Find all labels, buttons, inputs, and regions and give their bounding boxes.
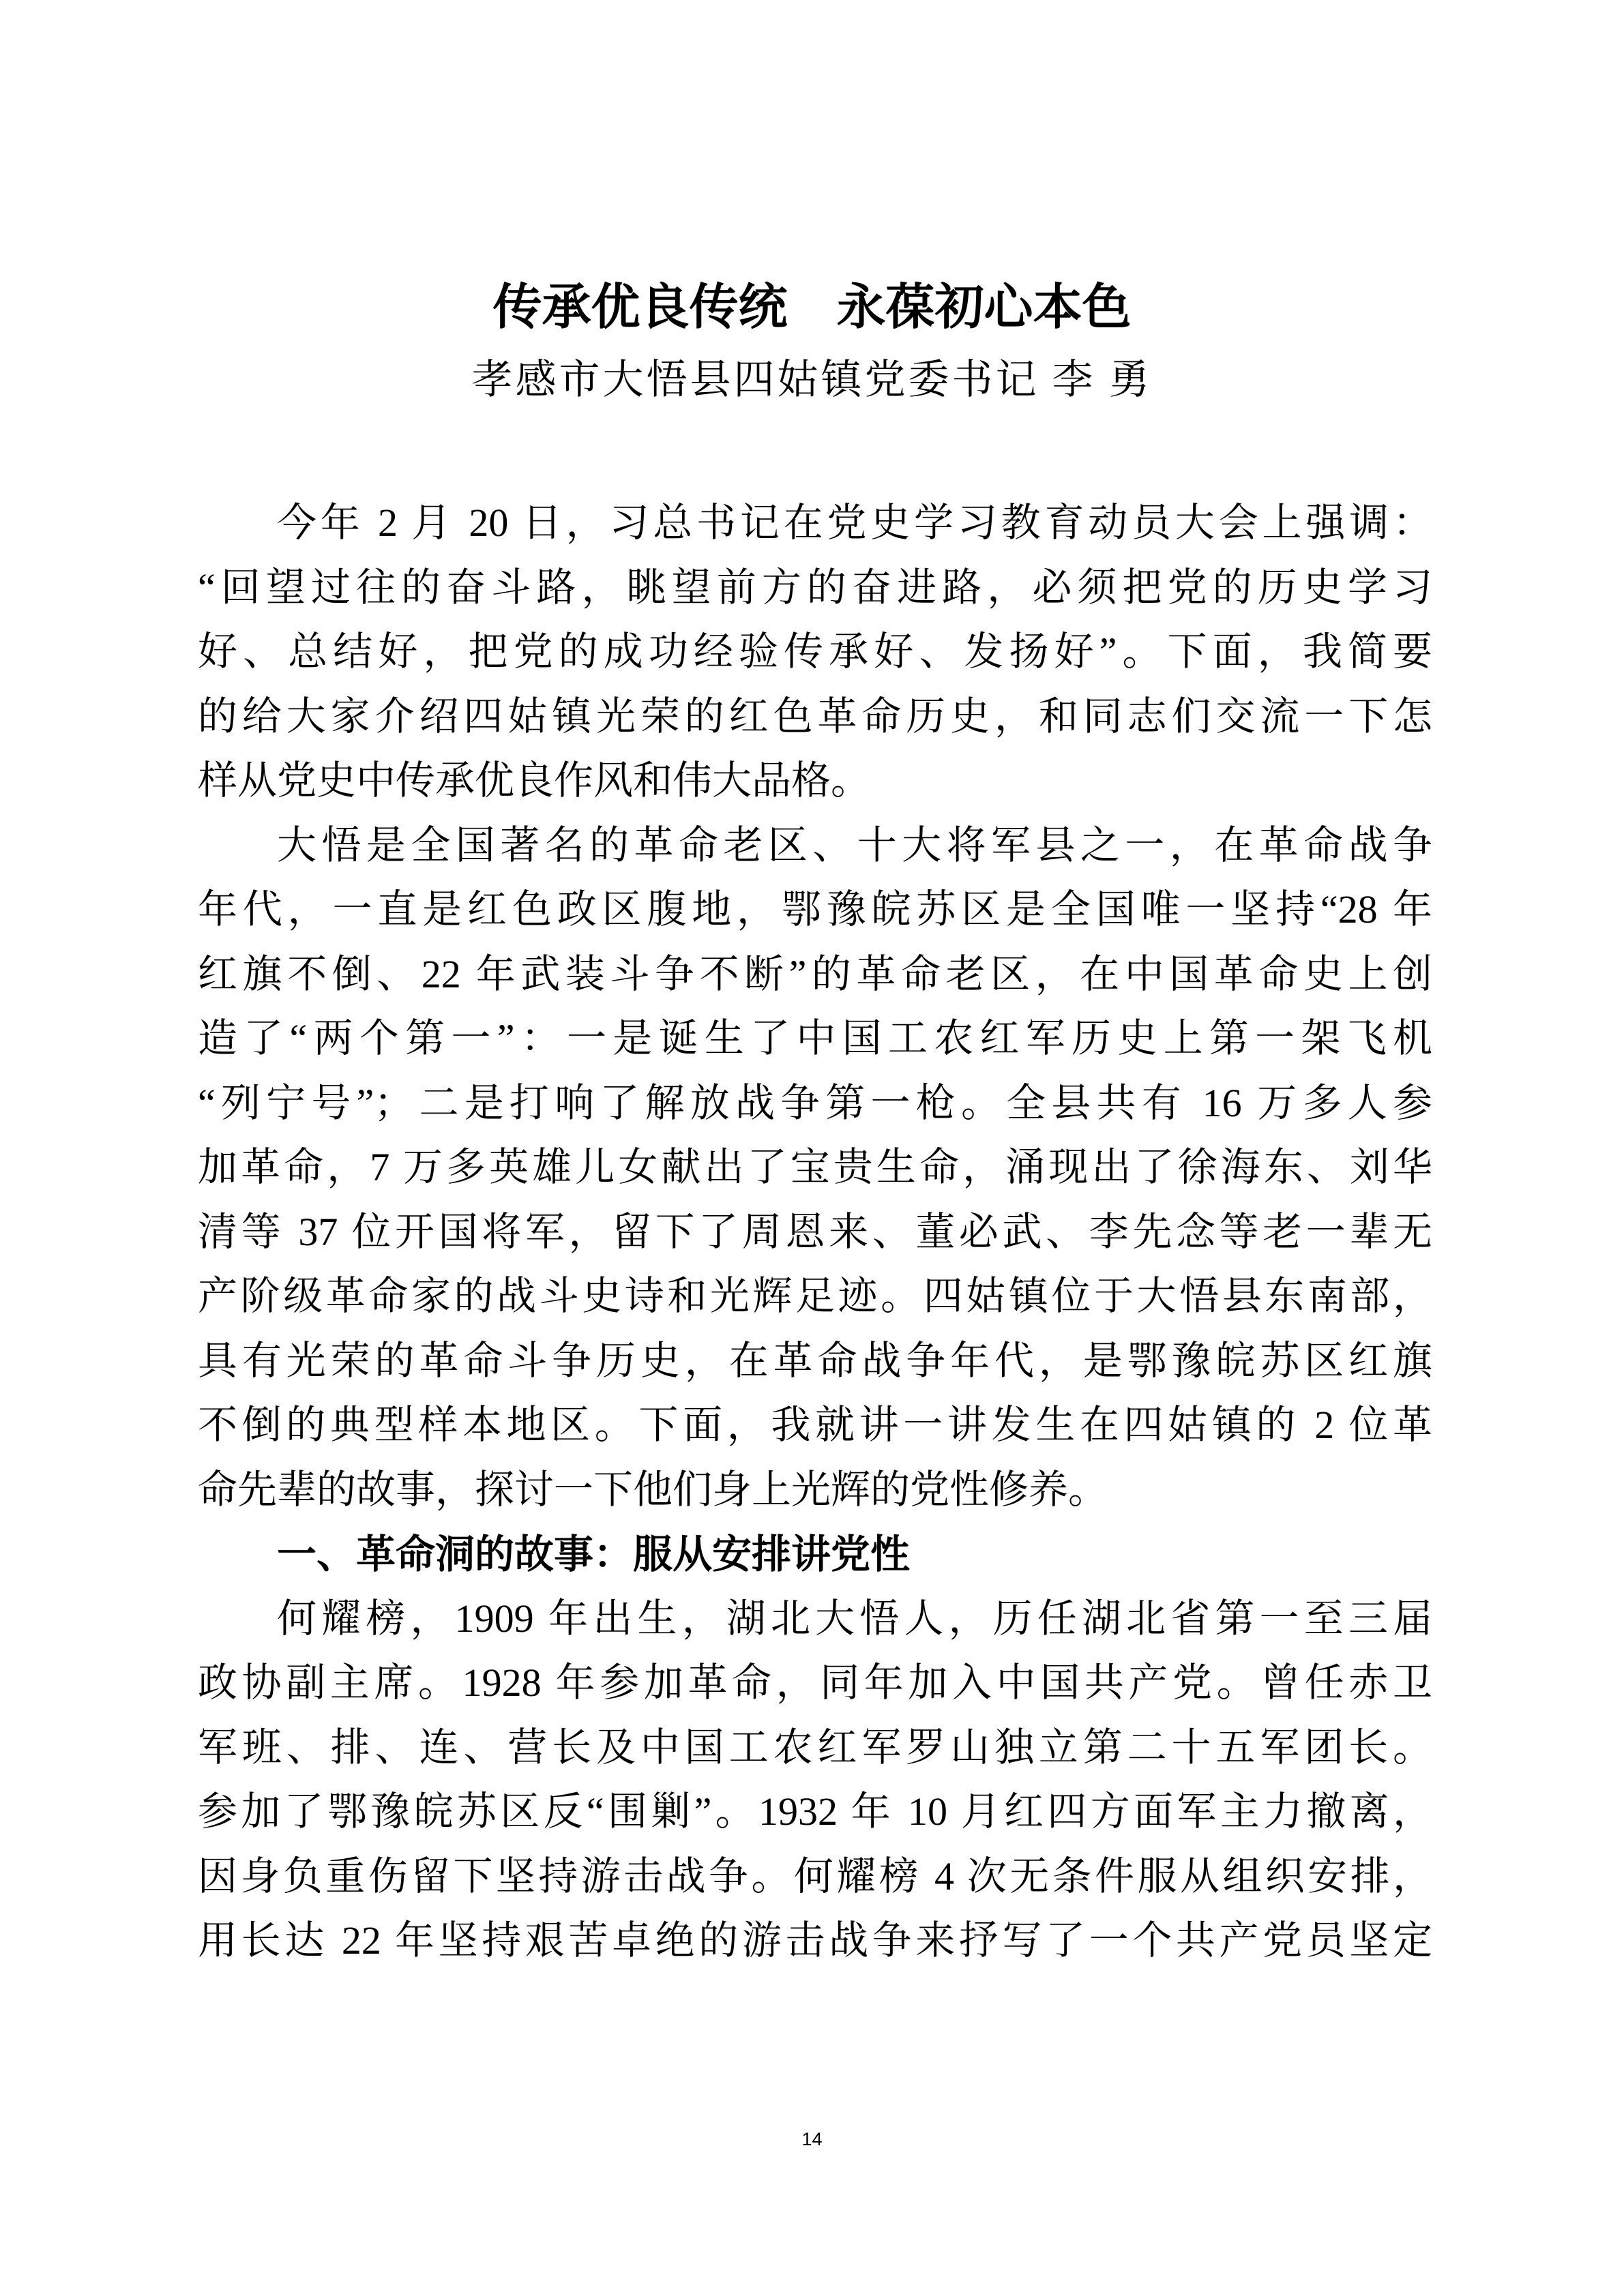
body-line: 政协副主席。1928 年参加革命，同年加入中国共产党。曾任赤卫 [198,1651,1432,1716]
title-part-1: 传承优良传统 [492,278,787,336]
document-page: 传承优良传统永葆初心本色 孝感市大悟县四姑镇党委书记 李 勇 今年 2 月 20… [0,0,1624,2296]
body-line: “列宁号”；二是打响了解放战争第一枪。全县共有 16 万多人参 [198,1071,1432,1136]
body-line: 清等 37 位开国将军，留下了周恩来、董必武、李先念等老一辈无 [198,1200,1432,1265]
body-line: 参加了鄂豫皖苏区反“围剿”。1932 年 10 月红四方面军主力撤离， [198,1780,1432,1845]
page-number: 14 [0,2129,1624,2150]
body-line: 不倒的典型样本地区。下面，我就讲一讲发生在四姑镇的 2 位革 [198,1393,1432,1458]
body-line: 具有光荣的革命斗争历史，在革命战争年代，是鄂豫皖苏区红旗 [198,1329,1432,1394]
body-line: 大悟是全国著名的革命老区、十大将军县之一，在革命战争 [198,814,1432,878]
body-line: 年代，一直是红色政区腹地，鄂豫皖苏区是全国唯一坚持“28 年 [198,878,1432,942]
body-line: 因身负重伤留下坚持游击战争。何耀榜 4 次无条件服从组织安排， [198,1845,1432,1909]
body-line: 红旗不倒、22 年武装斗争不断”的革命老区，在中国革命史上创 [198,942,1432,1007]
body-line: 产阶级革命家的战斗史诗和光辉足迹。四姑镇位于大悟县东南部， [198,1264,1432,1329]
body-line: 何耀榜，1909 年出生，湖北大悟人，历任湖北省第一至三届 [198,1587,1432,1652]
body-line: “回望过往的奋斗路，眺望前方的奋进路，必须把党的历史学习 [198,556,1432,621]
title-part-2: 永葆初心本色 [837,278,1132,336]
article-body: 今年 2 月 20 日，习总书记在党史学习教育动员大会上强调： “回望过往的奋斗… [198,491,1432,1973]
body-line: 用长达 22 年坚持艰苦卓绝的游击战争来抒写了一个共产党员坚定 [198,1909,1432,1973]
body-line: 造了“两个第一”：一是诞生了中国工农红军历史上第一架飞机 [198,1007,1432,1071]
body-line: 命先辈的故事，探讨一下他们身上光辉的党性修养。 [198,1458,1432,1523]
author-byline: 孝感市大悟县四姑镇党委书记 李 勇 [0,351,1624,408]
body-line: 军班、排、连、营长及中国工农红军罗山独立第二十五军团长。 [198,1716,1432,1780]
body-line: 好、总结好，把党的成功经验传承好、发扬好”。下面，我简要 [198,620,1432,685]
body-line: 的给大家介绍四姑镇光荣的红色革命历史，和同志们交流一下怎 [198,685,1432,749]
body-line: 加革命，7 万多英雄儿女献出了宝贵生命，涌现出了徐海东、刘华 [198,1135,1432,1200]
section-heading: 一、革命洞的故事：服从安排讲党性 [198,1522,1432,1587]
body-line: 今年 2 月 20 日，习总书记在党史学习教育动员大会上强调： [198,491,1432,556]
body-line: 样从党史中传承优良作风和伟大品格。 [198,749,1432,814]
article-title: 传承优良传统永葆初心本色 [0,274,1624,340]
